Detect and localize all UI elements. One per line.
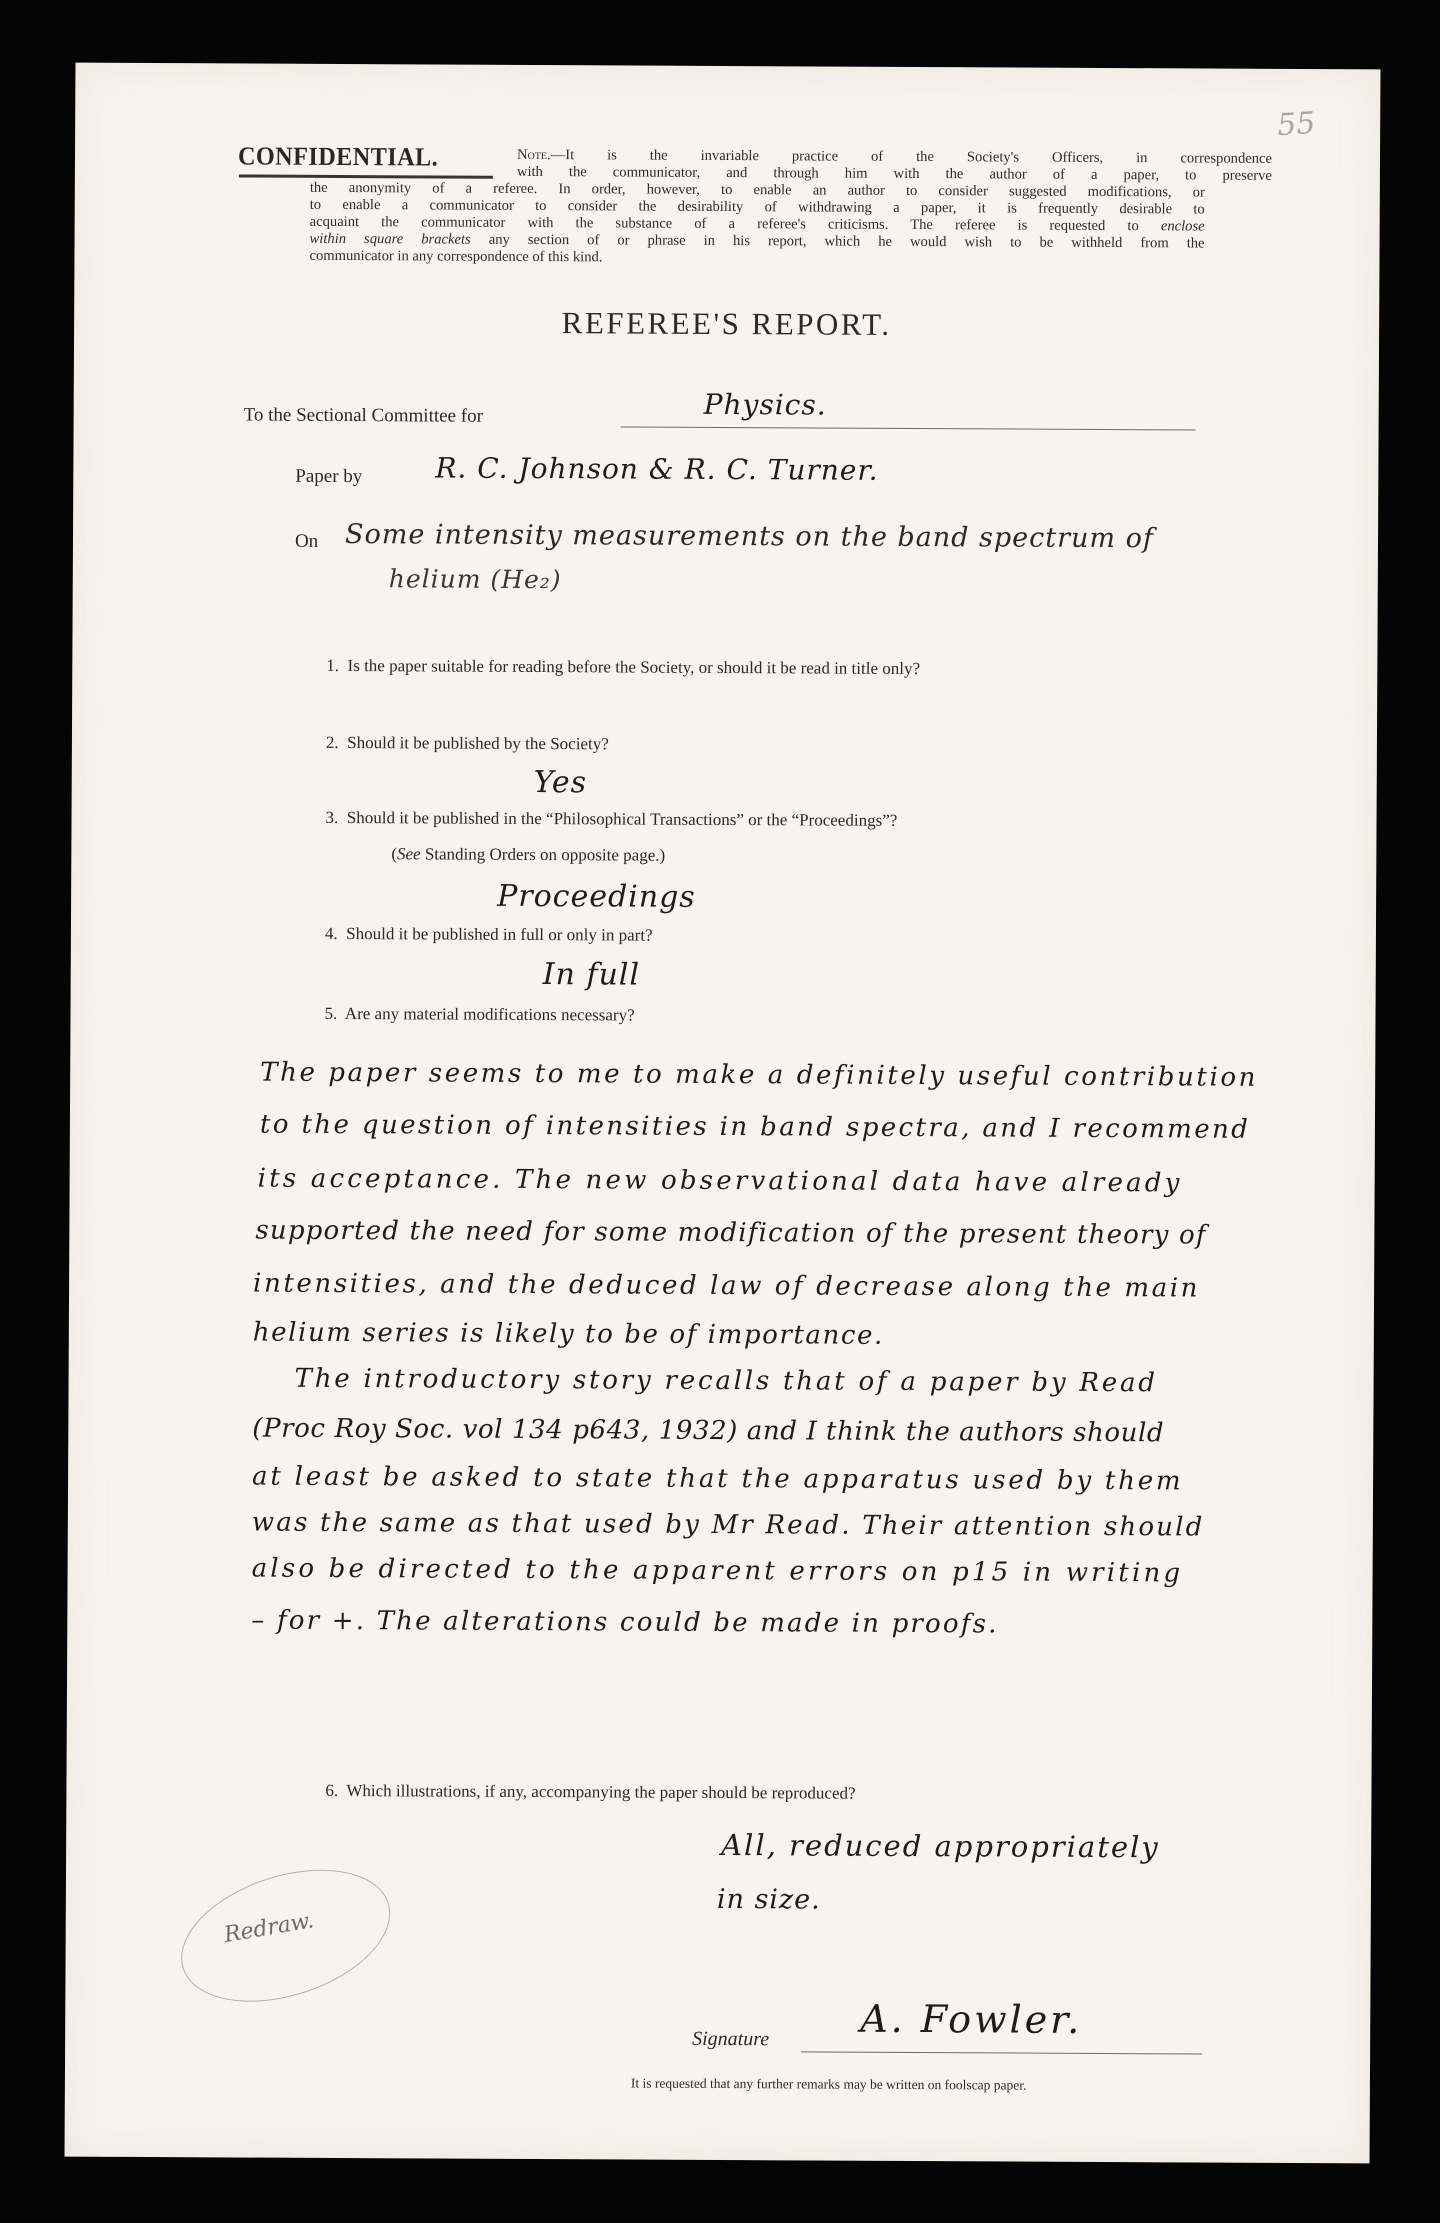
confidentiality-note-body: the anonymity of a referee. In order, ho… [309,180,1204,270]
signature-line [801,2051,1202,2054]
answer-5-line[interactable]: at least be asked to state that the appa… [252,1462,1183,1497]
answer-5-line[interactable]: also be directed to the apparent errors … [252,1554,1184,1589]
answer-6-line[interactable]: in size. [717,1884,821,1916]
note-prefix: Note. [517,147,551,163]
paper-by-value[interactable]: R. C. Johnson & R. C. Turner. [435,451,878,486]
paper-title-line-1[interactable]: Some intensity measurements on the band … [345,519,1154,554]
answer-5-line[interactable]: intensities, and the deduced law of decr… [253,1269,1200,1304]
answer-5-line[interactable]: to the question of intensities in band s… [260,1110,1250,1145]
confidentiality-note: Note.—It is the invariable practice of t… [517,147,1272,185]
answer-5-line[interactable]: (Proc Roy Soc. vol 134 p643, 1932) and I… [252,1414,1164,1449]
question-3-subnote: (See Standing Orders on opposite page.) [391,844,665,865]
question-1: 1. Is the paper suitable for reading bef… [326,656,920,679]
answer-6-line[interactable]: All, reduced appropriately [721,1828,1160,1864]
answer-5-line[interactable]: supported the need for some modification… [255,1216,1207,1251]
answer-5-line[interactable]: helium series is likely to be of importa… [253,1318,884,1351]
question-4: 4. Should it be published in full or onl… [325,924,653,946]
committee-label: To the Sectional Committee for [244,404,483,427]
footer-note: It is requested that any further remarks… [631,2076,1027,2094]
answer-4[interactable]: In full [543,957,641,993]
committee-field-line [621,426,1196,430]
question-6: 6. Which illustrations, if any, accompan… [325,1781,855,1804]
answer-5-line[interactable]: The paper seems to me to make a definite… [260,1058,1258,1093]
answer-2[interactable]: Yes [534,765,588,800]
committee-value[interactable]: Physics. [704,388,827,422]
on-label: On [295,531,318,553]
page-number-pencil: 55 [1276,106,1316,143]
question-3: 3. Should it be published in the “Philos… [325,808,897,831]
signature-value[interactable]: A. Fowler. [860,1997,1082,2042]
answer-5-line[interactable]: was the same as that used by Mr Read. Th… [252,1508,1205,1543]
paper-title-line-2[interactable]: helium (He₂) [389,564,562,594]
answer-5-line[interactable]: The introductory story recalls that of a… [295,1364,1158,1399]
referee-report-form: 55 CONFIDENTIAL. Note.—It is the invaria… [65,63,1381,2164]
signature-label: Signature [692,2028,769,2051]
question-2: 2. Should it be published by the Society… [326,733,609,754]
answer-5-line[interactable]: – for +. The alterations could be made i… [251,1606,998,1640]
paper-by-label: Paper by [295,466,362,488]
page-title: REFEREE'S REPORT. [74,303,1379,346]
confidential-underline [239,174,493,178]
confidential-heading: CONFIDENTIAL. [238,141,438,172]
answer-5-line[interactable]: its acceptance. The new observational da… [258,1164,1183,1199]
answer-3[interactable]: Proceedings [497,879,696,915]
question-5: 5. Are any material modifications necess… [324,1004,634,1026]
